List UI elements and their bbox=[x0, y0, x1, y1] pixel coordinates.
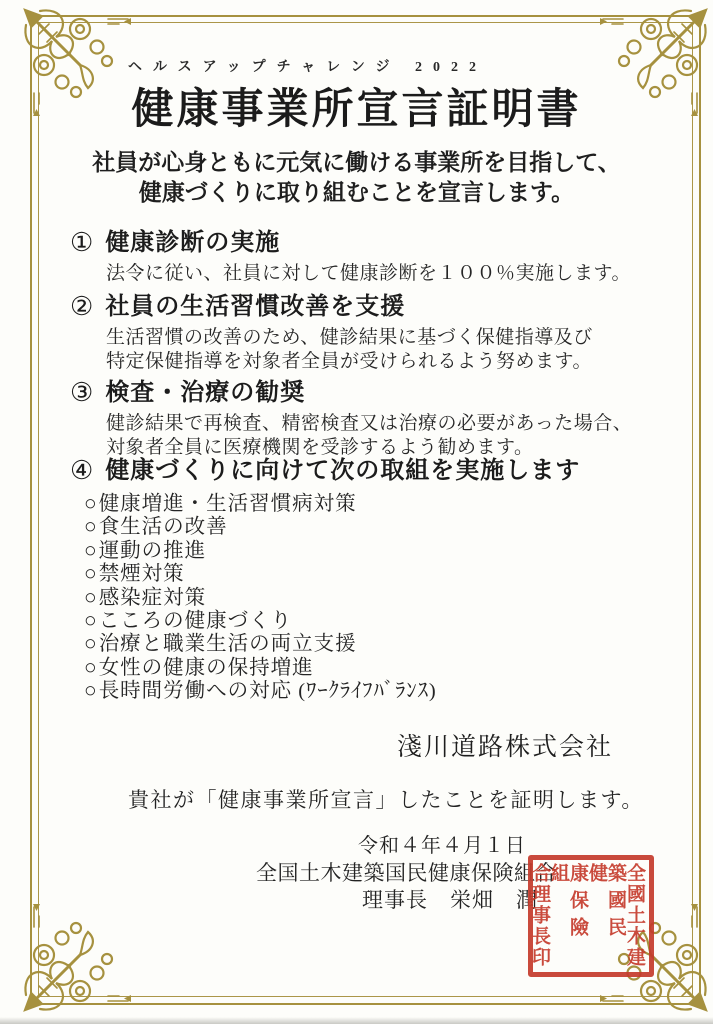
scan-edge-shadow bbox=[0, 1017, 713, 1024]
certificate-page: ヘルスアップチャレンジ 2022 健康事業所宣言証明書 社員が心身ともに元気に働… bbox=[0, 0, 713, 1024]
issuing-organization: 全国土木建築国民健康保険組合 bbox=[256, 857, 557, 887]
official-seal: 全國土木建 築國民健 康保險組 合理事長印 bbox=[528, 855, 654, 977]
circle-bullet-icon: ○ bbox=[84, 631, 98, 655]
section-number-icon: ② bbox=[70, 292, 94, 321]
section-heading: ①健康診断の実施 bbox=[70, 222, 631, 258]
list-item: ○長時間労働への対応 (ﾜｰｸﾗｲﾌﾊﾞﾗﾝｽ) bbox=[84, 679, 437, 702]
section-body-line: 特定保健指導を対象者全員が受けられるよう努めます。 bbox=[106, 350, 593, 374]
declaration-subtitle-line1: 社員が心身ともに元気に働ける事業所を目指して、 bbox=[0, 148, 713, 178]
program-tagline: ヘルスアップチャレンジ 2022 bbox=[128, 56, 487, 76]
section-heading: ②社員の生活習慣改善を支援 bbox=[70, 286, 593, 322]
circle-bullet-icon: ○ bbox=[84, 655, 98, 679]
list-item: ○感染症対策 bbox=[84, 586, 437, 609]
company-name: 淺川道路株式会社 bbox=[0, 727, 613, 763]
issue-date: 令和４年４月１日 bbox=[358, 829, 526, 858]
section-number-icon: ① bbox=[70, 228, 94, 257]
certification-statement: 貴社が「健康事業所宣言」したことを証明します。 bbox=[128, 784, 644, 814]
seal-column: 築國民健 bbox=[587, 863, 625, 969]
list-item: ○女性の健康の保持増進 bbox=[84, 656, 437, 679]
certificate-title: 健康事業所宣言証明書 bbox=[0, 76, 713, 136]
circle-bullet-icon: ○ bbox=[84, 491, 98, 515]
seal-column: 康保險組 bbox=[549, 863, 587, 969]
section-health-checkup: ①健康診断の実施 法令に従い、社員に対して健康診断を１００％実施します。 bbox=[70, 222, 631, 286]
seal-column: 全國土木建 bbox=[625, 863, 644, 969]
initiatives-list: ○健康増進・生活習慣病対策 ○食生活の改善 ○運動の推進 ○禁煙対策 ○感染症対… bbox=[84, 492, 437, 703]
section-body-line: 法令に従い、社員に対して健康診断を１００％実施します。 bbox=[106, 262, 631, 286]
circle-bullet-icon: ○ bbox=[84, 538, 98, 562]
section-exam-treatment: ③検査・治療の勧奨 健診結果で再検査、精密検査又は治療の必要があった場合、 対象… bbox=[70, 372, 632, 461]
list-item: ○食生活の改善 bbox=[84, 515, 437, 538]
list-item: ○治療と職業生活の両立支援 bbox=[84, 632, 437, 655]
section-initiatives: ④健康づくりに向けて次の取組を実施します bbox=[70, 450, 580, 486]
section-body-line: 生活習慣の改善のため、健診結果に基づく保健指導及び bbox=[106, 326, 593, 350]
section-number-icon: ③ bbox=[70, 378, 94, 407]
circle-bullet-icon: ○ bbox=[84, 561, 98, 585]
corner-ornament-icon bbox=[18, 897, 138, 1017]
section-heading: ④健康づくりに向けて次の取組を実施します bbox=[70, 450, 580, 486]
circle-bullet-icon: ○ bbox=[84, 608, 98, 632]
list-item: ○運動の推進 bbox=[84, 539, 437, 562]
circle-bullet-icon: ○ bbox=[84, 585, 98, 609]
circle-bullet-icon: ○ bbox=[84, 678, 98, 702]
representative-name: 理事長 栄畑 潤 bbox=[362, 884, 538, 914]
section-lifestyle-support: ②社員の生活習慣改善を支援 生活習慣の改善のため、健診結果に基づく保健指導及び … bbox=[70, 286, 593, 375]
section-heading: ③検査・治療の勧奨 bbox=[70, 372, 632, 408]
seal-column: 合理事長印 bbox=[530, 863, 549, 969]
list-item: ○禁煙対策 bbox=[84, 562, 437, 585]
circle-bullet-icon: ○ bbox=[84, 514, 98, 538]
list-item: ○こころの健康づくり bbox=[84, 609, 437, 632]
list-item: ○健康増進・生活習慣病対策 bbox=[84, 492, 437, 515]
declaration-subtitle: 社員が心身ともに元気に働ける事業所を目指して、 健康づくりに取り組むことを宣言し… bbox=[0, 148, 713, 209]
declaration-subtitle-line2: 健康づくりに取り組むことを宣言します。 bbox=[0, 178, 713, 208]
section-body-line: 健診結果で再検査、精密検査又は治療の必要があった場合、 bbox=[106, 412, 632, 436]
section-number-icon: ④ bbox=[70, 456, 94, 485]
